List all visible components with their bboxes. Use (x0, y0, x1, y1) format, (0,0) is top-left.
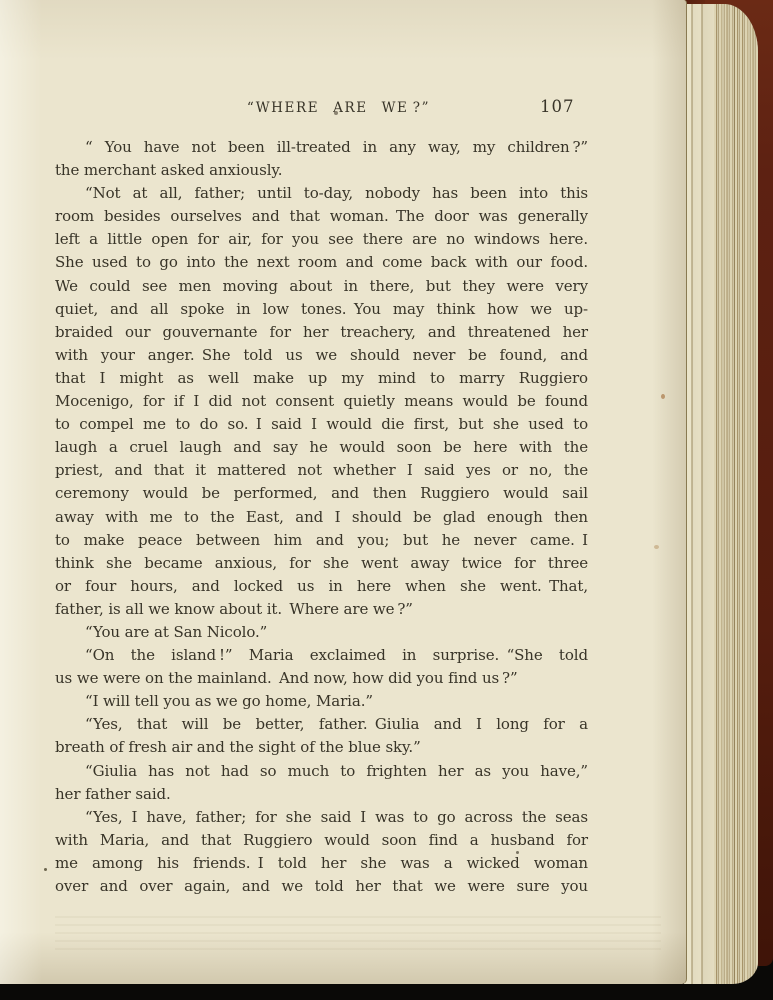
text-line: “On the island !” Maria exclaimed in sur… (55, 644, 588, 667)
text-line: to compel me to do so. I said I would di… (55, 413, 588, 436)
text-line: “I will tell you as we go home, Maria.” (55, 690, 588, 713)
text-line: room besides ourselves and that woman. T… (55, 205, 588, 228)
text-line: away with me to the East, and I should b… (55, 506, 588, 529)
text-line: or four hours, and locked us in here whe… (55, 575, 588, 598)
scanned-page: “WHERE ARE WE ?” 107 “ You have not been… (0, 0, 687, 984)
page-curl-streaks (55, 916, 661, 952)
body-text: “ You have not been ill-treated in any w… (55, 136, 588, 898)
page-number: 107 (540, 97, 620, 116)
chapter-title: “WHERE ARE WE ?” (55, 100, 588, 116)
text-line: ceremony would be performed, and then Ru… (55, 482, 588, 505)
text-line: laugh a cruel laugh and say he would soo… (55, 436, 588, 459)
text-line: father, is all we know about it. Where a… (55, 598, 588, 621)
text-line: breath of fresh air and the sight of the… (55, 736, 588, 759)
text-line: “You are at San Nicolo.” (55, 621, 588, 644)
text-line: with your anger. She told us we should n… (55, 344, 588, 367)
scan-speck (516, 851, 519, 854)
text-line: that I might as well make up my mind to … (55, 367, 588, 390)
text-line: think she became anxious, for she went a… (55, 552, 588, 575)
text-line: “ You have not been ill-treated in any w… (55, 136, 588, 159)
text-line: her father said. (55, 783, 588, 806)
text-line: the merchant asked anxiously. (55, 159, 588, 182)
scan-speck (654, 545, 659, 549)
text-line: left a little open for air, for you see … (55, 228, 588, 251)
text-line: over and over again, and we told her tha… (55, 875, 588, 898)
text-line: “Not at all, father; until to-day, nobod… (55, 182, 588, 205)
text-line: braided our gouvernante for her treacher… (55, 321, 588, 344)
text-line: We could see men moving about in there, … (55, 275, 588, 298)
scan-speck (334, 111, 338, 115)
text-line: “Yes, that will be better, father. Giuli… (55, 713, 588, 736)
page-edge-band (684, 4, 714, 984)
text-line: Mocenigo, for if I did not consent quiet… (55, 390, 588, 413)
text-line: “Giulia has not had so much to frighten … (55, 760, 588, 783)
text-line: to make peace between him and you; but h… (55, 529, 588, 552)
text-line: priest, and that it mattered not whether… (55, 459, 588, 482)
text-line: She used to go into the next room and co… (55, 251, 588, 274)
text-line: quiet, and all spoke in low tones. You m… (55, 298, 588, 321)
book-scan: “WHERE ARE WE ?” 107 “ You have not been… (0, 0, 773, 1000)
scan-speck (44, 868, 47, 871)
text-line: “Yes, I have, father; for she said I was… (55, 806, 588, 829)
text-line: with Maria, and that Ruggiero would soon… (55, 829, 588, 852)
running-header: “WHERE ARE WE ?” 107 (55, 100, 588, 120)
page-edge-stack (714, 4, 758, 984)
text-line: me among his friends. I told her she was… (55, 852, 588, 875)
text-line: us we were on the mainland. And now, how… (55, 667, 588, 690)
page-fore-edge (684, 4, 758, 984)
scan-speck (661, 394, 665, 399)
